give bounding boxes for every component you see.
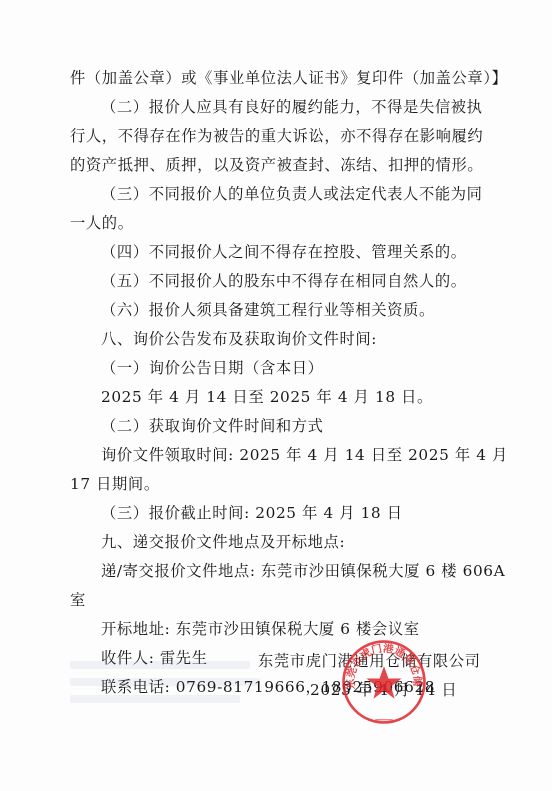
document-page: 件（加盖公章）或《事业单位法人证书》复印件（加盖公章）】 （二）报价人应具有良好… [0, 0, 552, 791]
text-line: （五）不同报价人的股东中不得存在相同自然人的。 [101, 271, 511, 291]
company-signature: 东莞市虎门港通用仓储有限公司 [258, 651, 481, 671]
text-line: 室 [70, 590, 480, 610]
text-line: （三）报价截止时间: 2025 年 4 月 18 日 [101, 503, 511, 523]
text-line: （三）不同报价人的单位负责人或法定代表人不能为同 [101, 184, 511, 204]
text-line: 询价文件领取时间: 2025 年 4 月 14 日至 2025 年 4 月 [101, 445, 511, 465]
text-line: 2025 年 4 月 14 日至 2025 年 4 月 18 日。 [101, 387, 511, 407]
text-line: （一）询价公告日期（含本日） [101, 358, 511, 378]
text-line: （二）报价人应具有良好的履约能力，不得是失信被执 [101, 97, 511, 117]
section-heading: 八、询价公告发布及获取询价文件时间: [101, 329, 511, 349]
text-line: （二）获取询价文件时间和方式 [101, 416, 511, 436]
text-line: 一人的。 [70, 213, 480, 233]
text-line: （六）报价人须具备建筑工程行业等相关资质。 [101, 300, 511, 320]
section-heading: 九、递交报价文件地点及开标地点: [101, 532, 511, 552]
text-line: 17 日期间。 [70, 474, 480, 494]
text-line: 件（加盖公章）或《事业单位法人证书》复印件（加盖公章）】 [70, 68, 480, 88]
text-line: 行人，不得存在作为被告的重大诉讼，亦不得存在影响履约 [70, 126, 480, 146]
signature-date: 2025 年 4 月 14 日 [310, 680, 457, 700]
text-line: （四）不同报价人之间不得存在控股、管理关系的。 [101, 242, 511, 262]
text-line: 的资产抵押、质押，以及资产被查封、冻结、扣押的情形。 [70, 155, 480, 175]
text-line: 递/寄交报价文件地点: 东莞市沙田镇保税大厦 6 楼 606A [101, 561, 511, 581]
text-line: 开标地址: 东莞市沙田镇保税大厦 6 楼会议室 [101, 619, 511, 639]
